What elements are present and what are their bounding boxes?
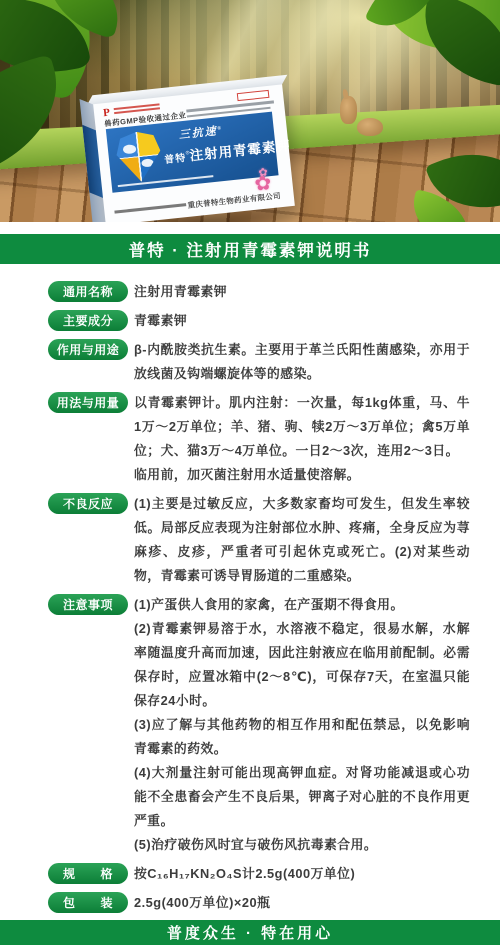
product-box: P 兽药GMP验收通过企业 三抗速® 普特®注射用青霉素钾: [93, 84, 295, 221]
red-badge: [237, 90, 270, 101]
section-text: (1)主要是过敏反应，大多数家畜均可发生，但发生率较低。局部反应表现为注射部位水…: [134, 492, 470, 588]
section-text: 以青霉素钾计。肌内注射：一次量，每1kg体重，马、牛1万～2万单位；羊、猪、驹、…: [134, 391, 470, 487]
section-text: 2.5g(400万单位)×20瓶: [134, 891, 470, 915]
rabbit-standing: [340, 96, 357, 124]
section-text: β-内酰胺类抗生素。主要用于革兰氏阳性菌感染，亦用于放线菌及钩端螺旋体等的感染。: [134, 338, 470, 386]
section-label: 作用与用途: [48, 339, 128, 360]
leaflet-page: P 兽药GMP验收通过企业 三抗速® 普特®注射用青霉素钾: [0, 0, 500, 945]
section-adverse-reactions: 不良反应 (1)主要是过敏反应，大多数家畜均可发生，但发生率较低。局部反应表现为…: [48, 492, 470, 588]
section-label: 主要成分: [48, 310, 128, 331]
section-label: 注意事项: [48, 594, 128, 615]
footer-banner: 普度众生 · 特在用心: [0, 920, 500, 945]
section-text: (1)产蛋供人食用的家禽，在产蛋期不得食用。 (2)青霉素钾易溶于水，水溶液不稳…: [134, 593, 470, 857]
shield-logo-icon: [114, 130, 163, 184]
section-action-use: 作用与用途 β-内酰胺类抗生素。主要用于革兰氏阳性菌感染，亦用于放线菌及钩端螺旋…: [48, 338, 470, 386]
animal-silhouette: [123, 144, 137, 154]
fine-print-line: [114, 203, 186, 213]
section-packaging: 包 装 2.5g(400万单位)×20瓶: [48, 891, 470, 915]
rabbit-sitting: [357, 118, 383, 136]
section-label: 规 格: [48, 863, 128, 884]
section-label: 用法与用量: [48, 392, 128, 413]
section-text: 注射用青霉素钾: [134, 280, 470, 304]
hero-photo: P 兽药GMP验收通过企业 三抗速® 普特®注射用青霉素钾: [0, 0, 500, 222]
fine-print-line: [118, 175, 214, 188]
section-label: 不良反应: [48, 493, 128, 514]
section-precautions: 注意事项 (1)产蛋供人食用的家禽，在产蛋期不得食用。 (2)青霉素钾易溶于水，…: [48, 593, 470, 857]
title-banner: 普特 · 注射用青霉素钾说明书: [0, 234, 500, 264]
footer-slogan: 普度众生 · 特在用心: [167, 922, 333, 943]
section-label: 包 装: [48, 892, 128, 913]
leaflet-content: 通用名称 注射用青霉素钾 主要成分 青霉素钾 作用与用途 β-内酰胺类抗生素。主…: [0, 264, 500, 920]
section-main-ingredient: 主要成分 青霉素钾: [48, 309, 470, 333]
box-front-face: P 兽药GMP验收通过企业 三抗速® 普特®注射用青霉素钾: [93, 84, 295, 221]
section-text: 青霉素钾: [134, 309, 470, 333]
animal-silhouette: [141, 158, 154, 167]
company-name: 重庆普特生物药业有限公司: [187, 190, 281, 211]
section-label: 通用名称: [48, 281, 128, 302]
page-title: 普特 · 注射用青霉素钾说明书: [129, 237, 372, 261]
brand-script-text: 三抗速®: [178, 122, 224, 143]
section-generic-name: 通用名称 注射用青霉素钾: [48, 280, 470, 304]
section-dosage: 用法与用量 以青霉素钾计。肌内注射：一次量，每1kg体重，马、牛1万～2万单位；…: [48, 391, 470, 487]
section-text: 按C₁₆H₁₇KN₂O₄S计2.5g(400万单位): [134, 862, 470, 886]
section-specification: 规 格 按C₁₆H₁₇KN₂O₄S计2.5g(400万单位): [48, 862, 470, 886]
